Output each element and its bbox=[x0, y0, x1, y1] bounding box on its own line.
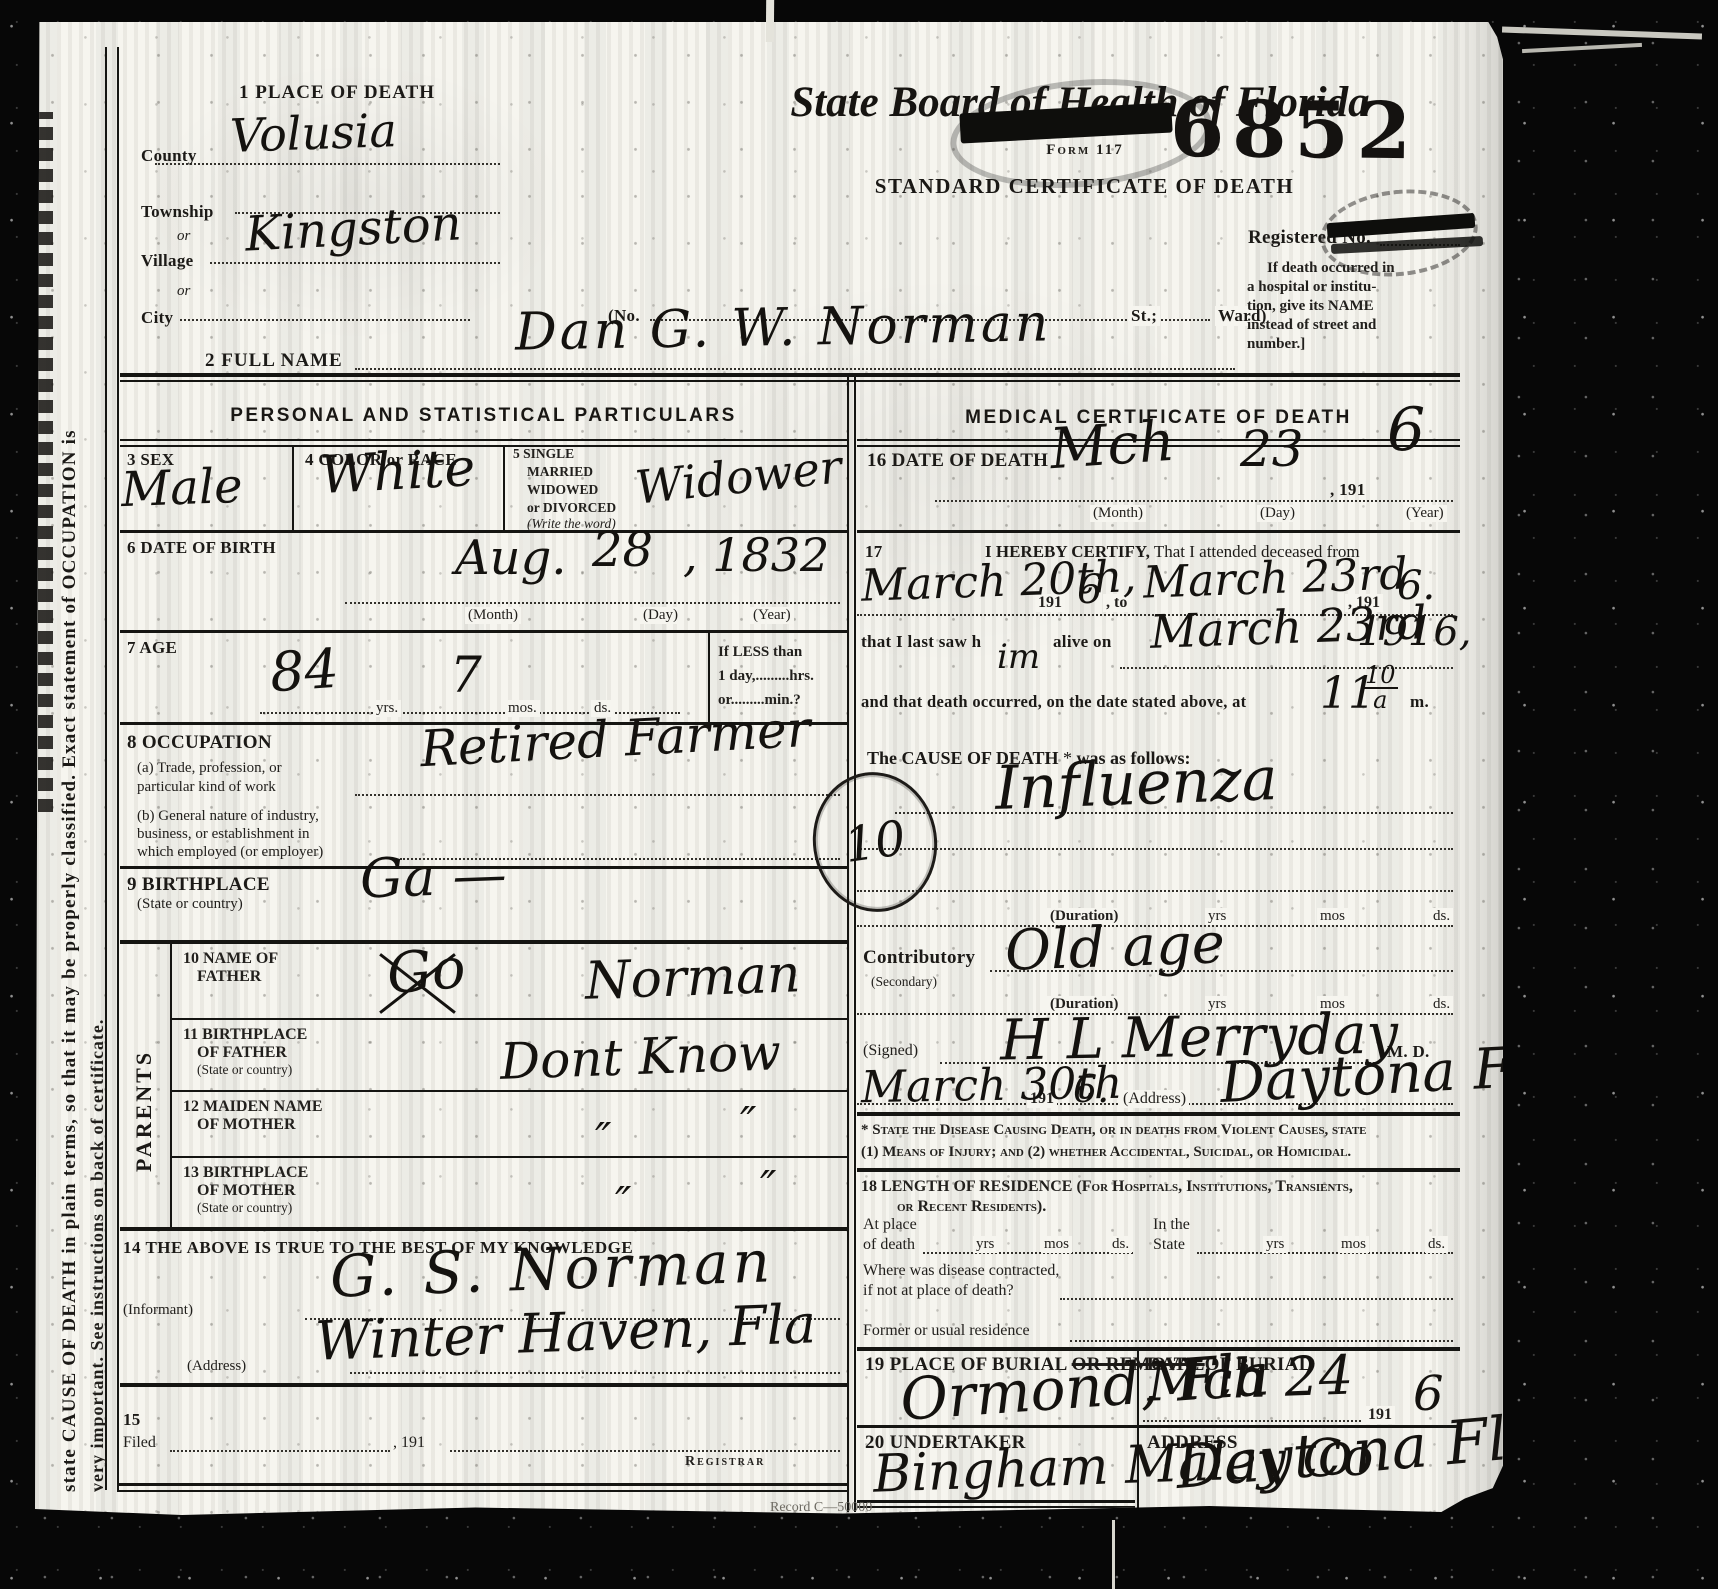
occupation-label: 8 OCCUPATION bbox=[127, 732, 272, 754]
father-name-cross-out bbox=[370, 947, 465, 1017]
dob-year-label: (Year) bbox=[750, 607, 794, 624]
left-section-title: PERSONAL AND STATISTICAL PARTICULARS bbox=[120, 405, 847, 427]
print-code: Record C—50000 bbox=[770, 1500, 872, 1516]
res-yrs-b: yrs bbox=[1263, 1236, 1287, 1253]
res-mos-a: mos bbox=[1041, 1236, 1072, 1253]
informant-signature-handwritten: G. S. Norman bbox=[329, 1232, 775, 1305]
residence-line-a bbox=[923, 1252, 1133, 1254]
death-time-m-label: m. bbox=[1410, 692, 1429, 712]
res-ds-a: ds. bbox=[1109, 1236, 1132, 1253]
dob-month-handwritten: Aug. bbox=[455, 534, 567, 582]
res-mos-b: mos bbox=[1338, 1236, 1369, 1253]
mother-bp-ditto-b: ″ bbox=[760, 1166, 776, 1210]
st-label: St.; bbox=[1128, 306, 1160, 326]
marital-label-2: MARRIED bbox=[527, 464, 593, 480]
mother-name-ditto-a: ″ bbox=[595, 1118, 611, 1162]
attended-from-year-handwritten: 6 bbox=[1077, 570, 1102, 610]
rule-above-footnote bbox=[857, 1112, 1460, 1116]
last-saw-line bbox=[1120, 667, 1453, 669]
signed-label: (Signed) bbox=[863, 1042, 918, 1060]
village-line bbox=[210, 262, 500, 264]
certificate-number-stamp: 6852 bbox=[1170, 91, 1420, 172]
city-label: City bbox=[141, 308, 173, 328]
age-years-handwritten: 84 bbox=[268, 642, 340, 701]
age-label: 7 AGE bbox=[127, 638, 177, 658]
former-residence-label: Former or usual residence bbox=[863, 1322, 1030, 1340]
mother-name-label2: OF MOTHER bbox=[197, 1116, 296, 1134]
father-bp-label1: 11 BIRTHPLACE bbox=[183, 1026, 307, 1044]
margin-note-line2: very important. See instructions on back… bbox=[87, 1019, 108, 1492]
scan-artifact-torn-edge bbox=[1502, 27, 1702, 40]
column-divider-a bbox=[847, 373, 849, 1512]
county-line bbox=[155, 163, 500, 165]
occ-b-line1: (b) General nature of industry, bbox=[137, 808, 319, 825]
informant-address-handwritten: Winter Haven, Fla bbox=[314, 1297, 817, 1368]
informant-address-line bbox=[350, 1372, 840, 1374]
father-name-label1: 10 NAME OF bbox=[183, 950, 278, 968]
hospital-note-line3: tion, give its NAME bbox=[1247, 298, 1374, 315]
death-frac-bottom: a bbox=[1373, 689, 1387, 712]
cause-line-2 bbox=[857, 848, 1453, 850]
occ-a-line1: (a) Trade, profession, or bbox=[137, 760, 282, 777]
village-label: Village bbox=[141, 251, 193, 271]
county-label: County bbox=[141, 146, 197, 166]
at-place-label2: of death bbox=[863, 1236, 915, 1254]
occ-b-line2: business, or establishment in bbox=[137, 826, 310, 843]
age-months-handwritten: 7 bbox=[450, 650, 482, 700]
filed-label: Filed bbox=[123, 1434, 156, 1452]
occupation-value-handwritten: Retired Farmer bbox=[419, 704, 812, 774]
rule-under-birthplace-row bbox=[120, 940, 847, 944]
if-less-line2: 1 day,.........hrs. bbox=[718, 668, 814, 685]
duration1-ds: ds. bbox=[1430, 908, 1453, 925]
last-saw-year-handwritten: 1916, bbox=[1357, 612, 1472, 652]
informant-label: (Informant) bbox=[123, 1302, 193, 1319]
last-saw-label2: alive on bbox=[1053, 632, 1112, 652]
sex-value-handwritten: Male bbox=[120, 462, 243, 514]
in-the-label1: In the bbox=[1153, 1216, 1190, 1234]
if-less-line1: If LESS than bbox=[718, 644, 802, 661]
dod-pre-year-label: , 191 bbox=[1330, 480, 1366, 500]
birthplace-state-label: (State or country) bbox=[137, 896, 243, 913]
dod-year-handwritten: 6 bbox=[1387, 400, 1425, 460]
hospital-note-line4: instead of street and bbox=[1247, 317, 1376, 334]
in-the-label2: State bbox=[1153, 1236, 1185, 1254]
sign-address-label: (Address) bbox=[1120, 1090, 1189, 1108]
mother-name-ditto-b: ″ bbox=[740, 1102, 756, 1146]
dob-day-handwritten: 28 bbox=[592, 526, 653, 574]
contracted-line bbox=[1060, 1298, 1453, 1300]
filed-line-b bbox=[450, 1450, 840, 1452]
mother-bp-ditto-a: ″ bbox=[615, 1182, 631, 1226]
sign-address-handwritten: Daytona Fla bbox=[1219, 1038, 1565, 1112]
undertaker-bottom-rule-b bbox=[857, 1506, 1135, 1508]
race-marital-divider bbox=[503, 445, 505, 530]
mother-bp-label3: (State or country) bbox=[197, 1200, 292, 1216]
contributory-label: Contributory bbox=[863, 947, 975, 969]
dob-day-label: (Day) bbox=[640, 607, 681, 624]
dod-month-handwritten: Mch bbox=[1048, 414, 1176, 479]
age-yrs-label: yrs. bbox=[373, 700, 401, 717]
mother-name-label1: 12 MAIDEN NAME bbox=[183, 1098, 323, 1116]
dob-label: 6 DATE OF BIRTH bbox=[127, 538, 276, 558]
hospital-note-line5: number.] bbox=[1247, 336, 1305, 353]
dod-day-handwritten: 23 bbox=[1240, 424, 1304, 474]
birthplace-label: 9 BIRTHPLACE bbox=[127, 874, 270, 896]
occ-a-line2: particular kind of work bbox=[137, 779, 276, 796]
hospital-note-line2: a hospital or institu- bbox=[1247, 279, 1376, 296]
marital-label-3: WIDOWED bbox=[527, 482, 598, 498]
secondary-label: (Secondary) bbox=[871, 974, 937, 990]
rule-under-mother-name bbox=[170, 1156, 847, 1158]
margin-note-line1: state CAUSE OF DEATH in plain terms, so … bbox=[59, 429, 81, 1492]
scan-artifact-bottom-line bbox=[1112, 1520, 1115, 1589]
birthplace-value-handwritten: Ga — bbox=[359, 847, 507, 906]
rule-under-dob-row bbox=[120, 630, 847, 633]
rule-under-informant-row bbox=[120, 1383, 847, 1387]
filed-line-a bbox=[170, 1450, 390, 1452]
father-bp-label2: OF FATHER bbox=[197, 1044, 287, 1062]
mother-bp-label2: OF MOTHER bbox=[197, 1182, 296, 1200]
marital-label-4: or DIVORCED bbox=[527, 500, 616, 516]
footnote-line2: (1) Means of Injury; and (2) whether Acc… bbox=[861, 1144, 1351, 1161]
res-ds-b: ds. bbox=[1425, 1236, 1448, 1253]
left-title-rule-b bbox=[120, 445, 847, 447]
dob-line bbox=[345, 602, 840, 604]
rule-under-father-name bbox=[170, 1018, 847, 1020]
full-name-label: 2 FULL NAME bbox=[205, 350, 343, 372]
residence-label-line1: 18 LENGTH OF RESIDENCE (For Hospitals, I… bbox=[861, 1178, 1353, 1196]
burial-date-handwritten: Mch 24 bbox=[1146, 1348, 1354, 1409]
rule-under-footnote bbox=[857, 1168, 1460, 1172]
death-time-fraction: 10a bbox=[1363, 664, 1398, 712]
sex-race-divider bbox=[292, 445, 294, 530]
scanned-death-certificate: state CAUSE OF DEATH in plain terms, so … bbox=[0, 0, 1718, 1589]
parents-label: PARENTS bbox=[131, 1050, 157, 1172]
full-name-handwritten: Dan G. W. Norman bbox=[515, 297, 1052, 358]
occ-b-line3: which employed (or employer) bbox=[137, 844, 323, 861]
occ-a-line bbox=[355, 794, 840, 796]
duration1-mos: mos bbox=[1317, 908, 1348, 925]
cause-line-3 bbox=[857, 890, 1453, 892]
or-label-2: or bbox=[177, 283, 190, 300]
at-place-label1: At place bbox=[863, 1216, 917, 1234]
father-bp-label3: (State or country) bbox=[197, 1062, 292, 1078]
residence-label-line2: or Recent Residents). bbox=[897, 1198, 1046, 1216]
rule-under-dod-row bbox=[857, 530, 1460, 533]
dob-year-handwritten: , 1832 bbox=[683, 532, 829, 578]
bottom-double-rule-b bbox=[117, 1490, 847, 1492]
dod-day-label: (Day) bbox=[1257, 505, 1298, 522]
father-name-label2: FATHER bbox=[197, 968, 261, 986]
village-value-handwritten: Kingston bbox=[244, 199, 463, 258]
county-value-handwritten: Volusia bbox=[229, 107, 397, 159]
place-of-death-label: 1 PLACE OF DEATH bbox=[239, 82, 435, 104]
contributory-value-handwritten: Old age bbox=[1004, 916, 1226, 980]
dob-month-label: (Month) bbox=[465, 607, 521, 624]
bottom-double-rule-a bbox=[117, 1483, 847, 1486]
contracted-label2: if not at place of death? bbox=[863, 1282, 1014, 1300]
father-name-value-handwritten: Norman bbox=[584, 948, 801, 1007]
top-rule-thin bbox=[120, 380, 1460, 382]
informant-address-label: (Address) bbox=[187, 1358, 246, 1375]
contracted-label1: Where was disease contracted, bbox=[863, 1262, 1059, 1280]
filed-no-label: 15 bbox=[123, 1410, 141, 1430]
parents-strip-divider bbox=[170, 940, 172, 1227]
township-label: Township bbox=[141, 202, 214, 222]
filed-year-label: , 191 bbox=[393, 1434, 425, 1452]
duration2-ds: ds. bbox=[1430, 996, 1453, 1013]
scan-artifact-sliver bbox=[766, 0, 774, 42]
marital-value-handwritten: Widower bbox=[633, 443, 844, 510]
or-label-1: or bbox=[177, 228, 190, 245]
res-yrs-a: yrs bbox=[973, 1236, 997, 1253]
certify-item-no: 17 bbox=[865, 542, 883, 562]
date-of-death-label: 16 DATE OF DEATH bbox=[867, 450, 1048, 472]
sign-year-handwritten: 6. bbox=[1073, 1070, 1109, 1108]
race-value-handwritten: White bbox=[319, 442, 477, 502]
dod-year-label: (Year) bbox=[1403, 505, 1447, 522]
top-rule-heavy bbox=[120, 373, 1460, 377]
father-bp-value-handwritten: Dont Know bbox=[499, 1027, 781, 1087]
margin-rule-inner bbox=[117, 47, 119, 1490]
death-occurred-label: and that death occurred, on the date sta… bbox=[861, 692, 1246, 712]
column-divider-b bbox=[854, 373, 856, 1512]
footnote-line1: * State the Disease Causing Death, or in… bbox=[861, 1122, 1367, 1139]
marital-label-1: 5 SINGLE bbox=[513, 446, 574, 462]
scan-artifact-torn-edge2 bbox=[1522, 43, 1642, 53]
dod-line bbox=[935, 500, 1453, 502]
last-saw-label1: that I last saw h bbox=[861, 632, 981, 652]
margin-cut-text-strip bbox=[38, 112, 53, 812]
cause-value-handwritten: Influenza bbox=[994, 749, 1278, 819]
full-name-line bbox=[355, 368, 1235, 370]
circle-stamp-value: 10 bbox=[841, 814, 908, 870]
last-saw-him-handwritten: im bbox=[997, 640, 1040, 674]
residence-line-b bbox=[1197, 1252, 1453, 1254]
mother-bp-label1: 13 BIRTHPLACE bbox=[183, 1164, 308, 1182]
left-title-rule-a bbox=[120, 439, 847, 441]
certificate-paper: state CAUSE OF DEATH in plain terms, so … bbox=[35, 22, 1503, 1518]
city-line bbox=[180, 319, 470, 321]
registrar-label: Registrar bbox=[685, 1454, 765, 1470]
dod-month-label: (Month) bbox=[1090, 505, 1146, 522]
circled-number-stamp: 10 bbox=[804, 764, 946, 920]
